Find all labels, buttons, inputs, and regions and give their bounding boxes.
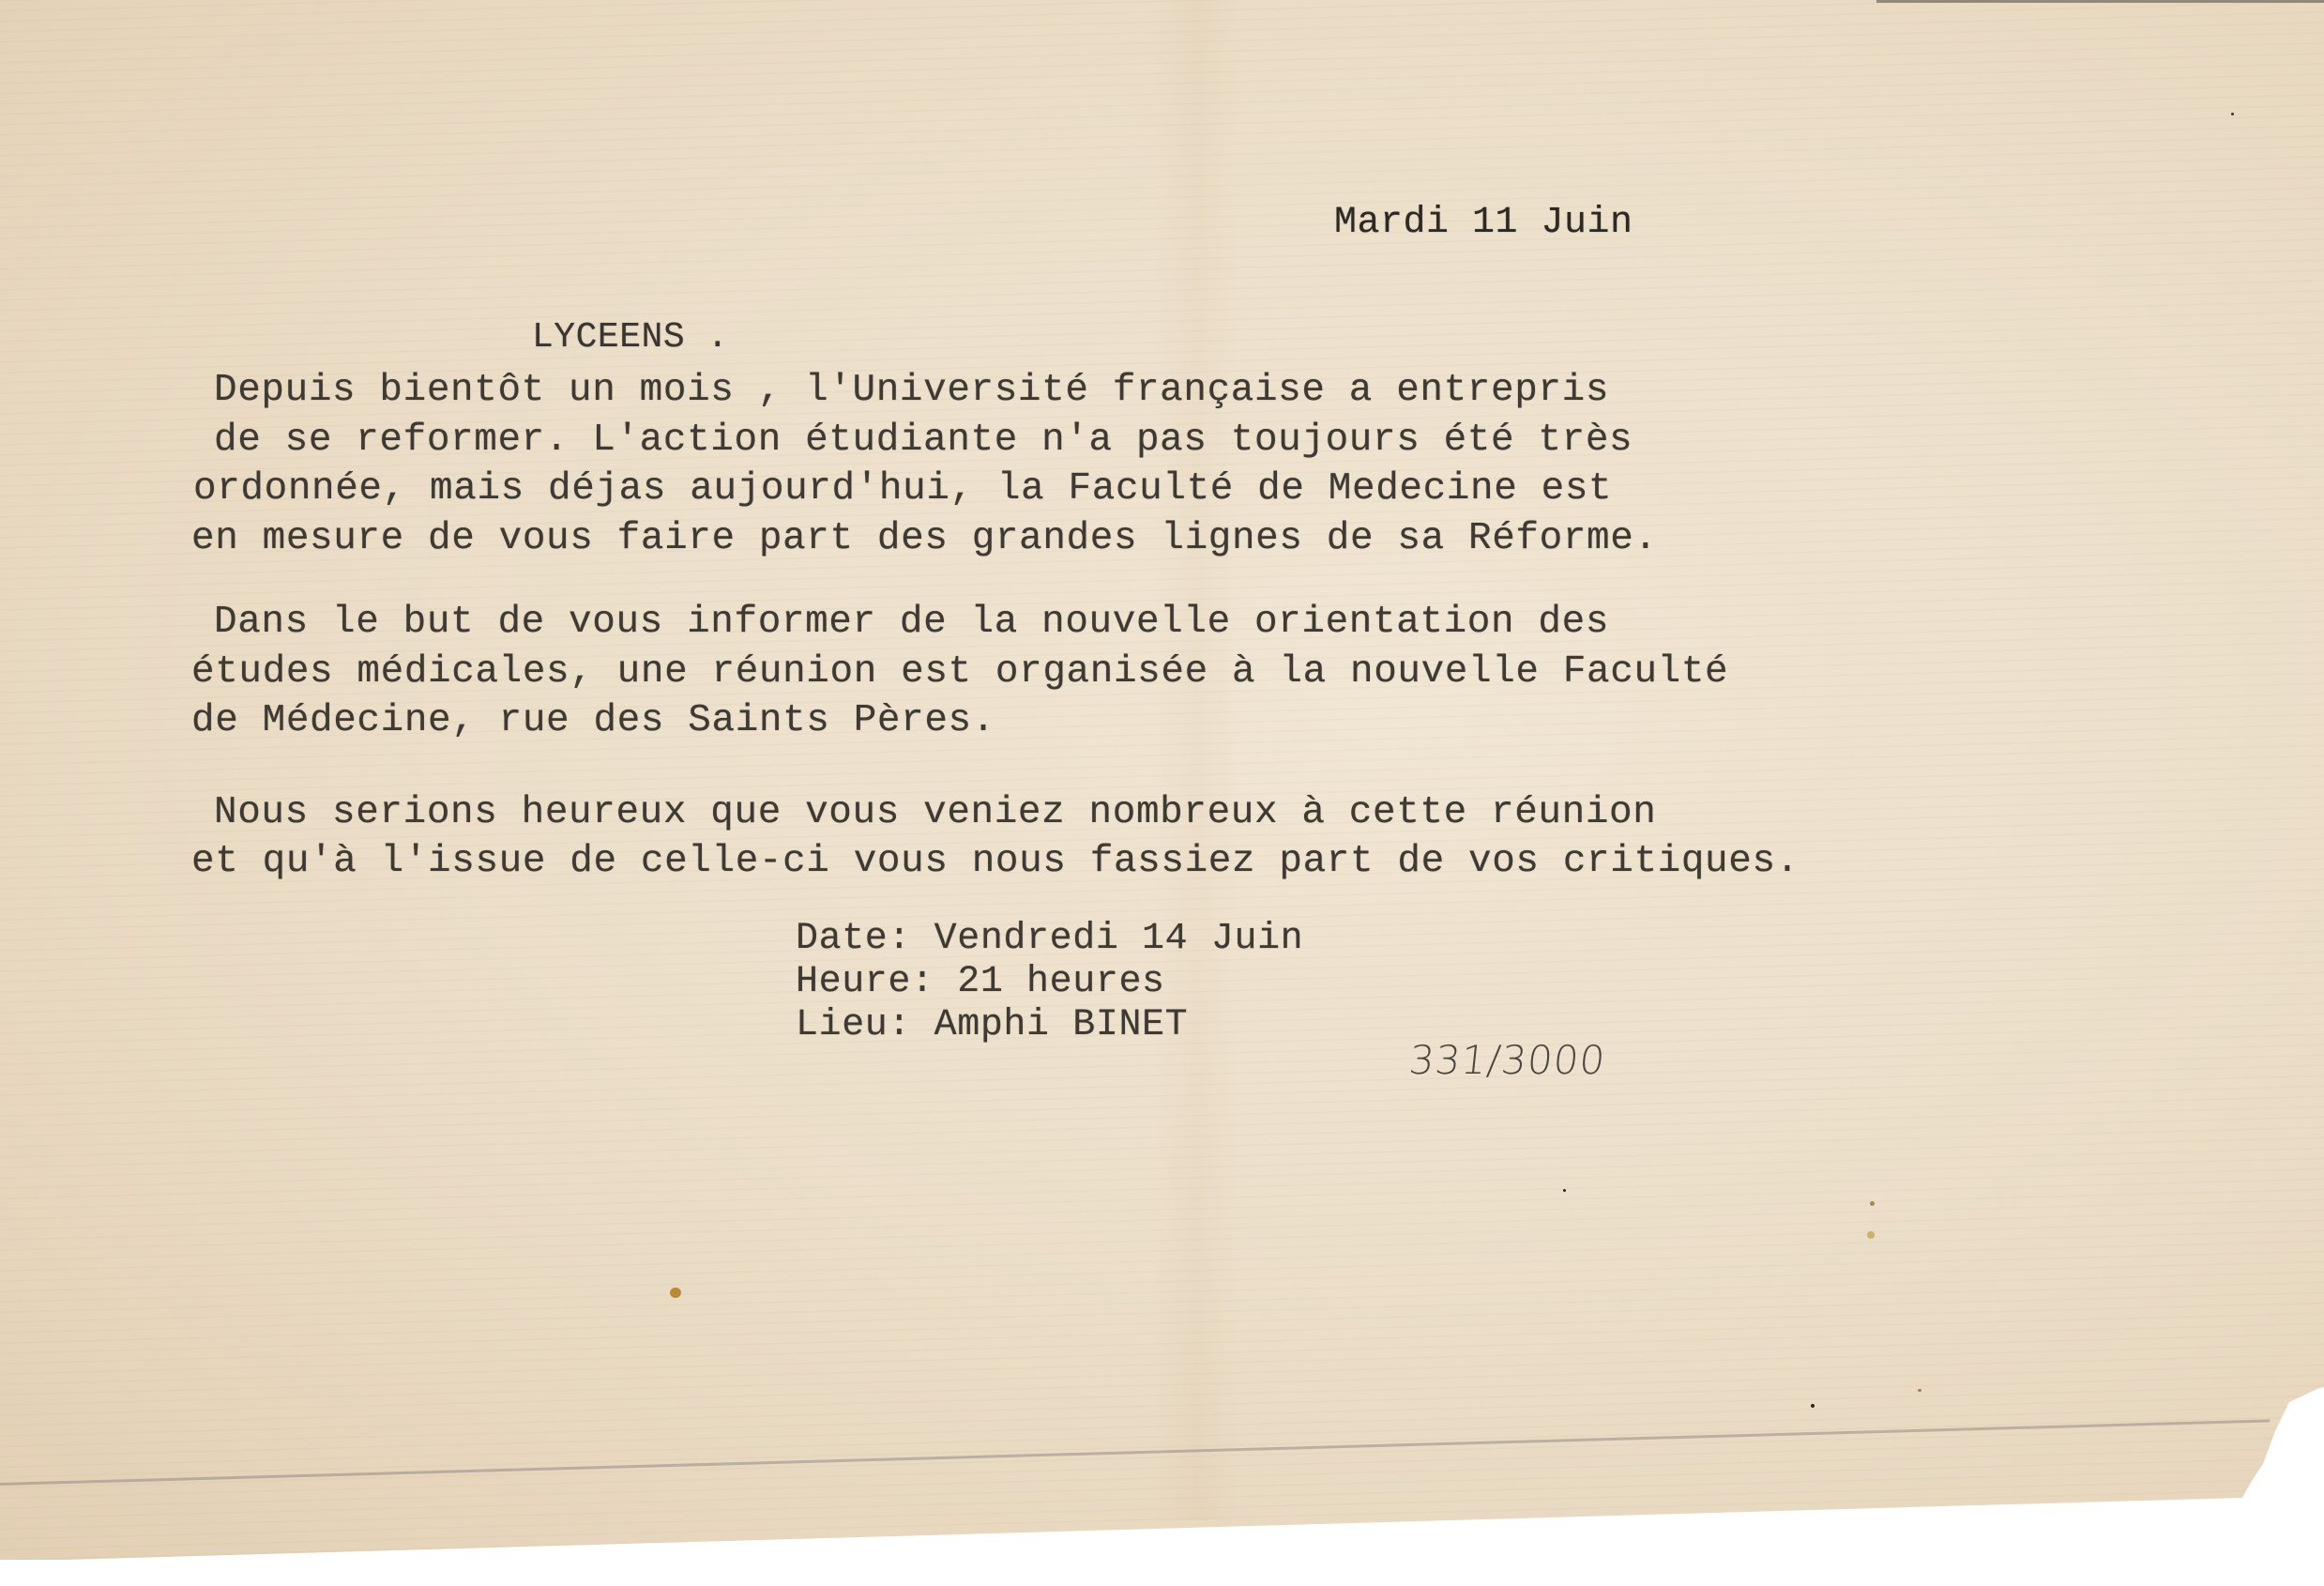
paper-sheet: Mardi 11 Juin LYCEENS . Depuis bientôt u…	[0, 0, 2324, 1560]
paper-speck	[1811, 1404, 1815, 1408]
handwritten-serial-number: 331/3000	[1406, 1037, 1607, 1083]
paragraph-line: ordonnée, mais déjas aujourd'hui, la Fac…	[193, 467, 1612, 511]
paper-fold-crease	[1154, 0, 1238, 1520]
paragraph-line: Nous serions heureux que vous veniez nom…	[214, 791, 1656, 834]
paragraph-line: Depuis bientôt un mois , l'Université fr…	[214, 369, 1609, 412]
paper-stain	[1867, 1231, 1875, 1239]
date-header: Mardi 11 Juin	[1334, 202, 1633, 244]
scan-top-edge	[1876, 0, 2324, 3]
paper-speck	[1563, 1189, 1566, 1192]
paragraph-line: de Médecine, rue des Saints Pères.	[191, 699, 995, 742]
paper-speck	[2231, 113, 2234, 115]
meeting-time: Heure: 21 heures	[796, 961, 1165, 1003]
paper-stain	[670, 1288, 681, 1298]
paragraph-line: de se reformer. L'action étudiante n'a p…	[214, 419, 1633, 462]
paper-speck	[1918, 1389, 1921, 1392]
meeting-date: Date: Vendredi 14 Juin	[796, 918, 1303, 960]
paragraph-line: et qu'à l'issue de celle-ci vous nous fa…	[191, 840, 1800, 883]
paragraph-line: études médicales, une réunion est organi…	[191, 650, 1728, 694]
paper-stain	[1870, 1201, 1875, 1206]
paragraph-line: Dans le but de vous informer de la nouve…	[214, 601, 1609, 644]
paragraph-line: en mesure de vous faire part des grandes…	[191, 517, 1658, 560]
salutation-heading: LYCEENS .	[532, 317, 729, 358]
meeting-place: Lieu: Amphi BINET	[796, 1004, 1188, 1046]
scanned-document: Mardi 11 Juin LYCEENS . Depuis bientôt u…	[0, 0, 2324, 1586]
